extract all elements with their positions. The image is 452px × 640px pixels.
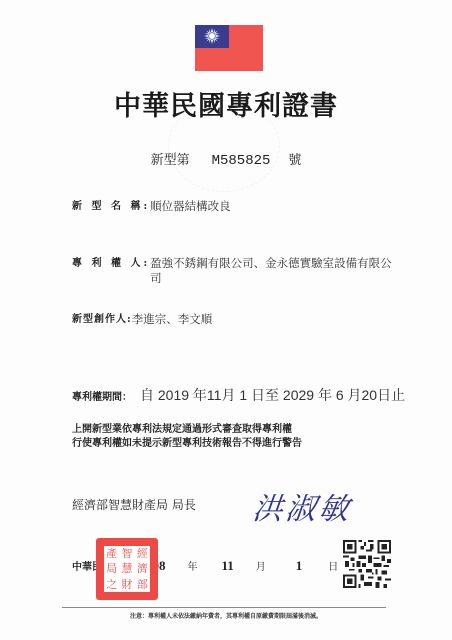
date-day: 1 [296, 558, 303, 574]
seal-characters: 產 智 經 局 慧 濟 之 財 部 [104, 546, 150, 592]
seal-char: 之 [104, 577, 119, 592]
number-suffix: 號 [288, 153, 301, 168]
divider-line [62, 607, 386, 608]
field-value: 李進宗、李文順 [132, 312, 213, 327]
field-value: 盈強不銹鋼有限公司、金永德實驗室設備有限公司 [150, 256, 392, 286]
seal-char: 智 [119, 546, 134, 561]
footnote: 注意：專利權人未依法繳納年費者，其專利權自原繳費期限屆滿後消滅。 [0, 611, 452, 620]
field-label: 新 型 名 稱: [72, 199, 150, 214]
patent-number-line: 新型第M585825號 [0, 149, 452, 169]
field-patent-owner: 專 利 權 人: 盈強不銹鋼有限公司、金永德實驗室設備有限公司 [72, 256, 392, 286]
seal-char: 財 [119, 577, 134, 592]
seal-char: 慧 [119, 561, 134, 576]
date-year-unit: 年 [188, 558, 198, 573]
seal-char: 產 [104, 546, 119, 561]
legal-notice: 上開新型業依專利法規定通過形式審查取得專利權 行使專利權如未提示新型專利技術報告… [72, 423, 302, 451]
date-month-unit: 月 [256, 558, 266, 573]
patent-number: M585825 [212, 153, 271, 169]
patent-period: 專利權期間： 自 2019 年11月 1 日至 2029 年 6 月20日止 [72, 385, 405, 405]
field-label: 專 利 權 人: [72, 256, 150, 286]
issuing-authority: 經濟部智慧財產局 局長 [72, 496, 196, 513]
qr-code-icon[interactable] [343, 540, 391, 588]
notice-line-2: 行使專利權如未提示新型專利技術報告不得進行警告 [72, 437, 302, 451]
certificate-title: 中華民國專利證書 [0, 84, 452, 123]
seal-char: 部 [135, 577, 150, 592]
white-sun-icon [204, 28, 220, 44]
roc-flag-icon [195, 25, 263, 71]
seal-char: 經 [135, 546, 150, 561]
field-label: 新型創作人: [72, 312, 132, 327]
patent-certificate: 中華民國專利證書 新型第M585825號 新 型 名 稱: 順位器結構改良 專 … [0, 0, 452, 640]
seal-char: 濟 [135, 561, 150, 576]
number-prefix: 新型第 [151, 153, 190, 168]
notice-line-1: 上開新型業依專利法規定通過形式審查取得專利權 [72, 423, 302, 437]
date-day-unit: 日 [328, 558, 338, 573]
period-label: 專利權期間： [72, 388, 132, 403]
seal-char: 局 [104, 561, 119, 576]
director-signature: 洪淑敏 [251, 484, 355, 528]
flag-canton [195, 25, 229, 48]
period-value: 自 2019 年11月 1 日至 2029 年 6 月20日止 [140, 385, 405, 405]
official-seal-icon: 產 智 經 局 慧 濟 之 財 部 [96, 538, 158, 600]
field-inventor: 新型創作人: 李進宗、李文順 [72, 312, 212, 327]
field-value: 順位器結構改良 [150, 199, 231, 214]
date-month: 11 [222, 558, 234, 574]
field-patent-name: 新 型 名 稱: 順位器結構改良 [72, 199, 231, 214]
